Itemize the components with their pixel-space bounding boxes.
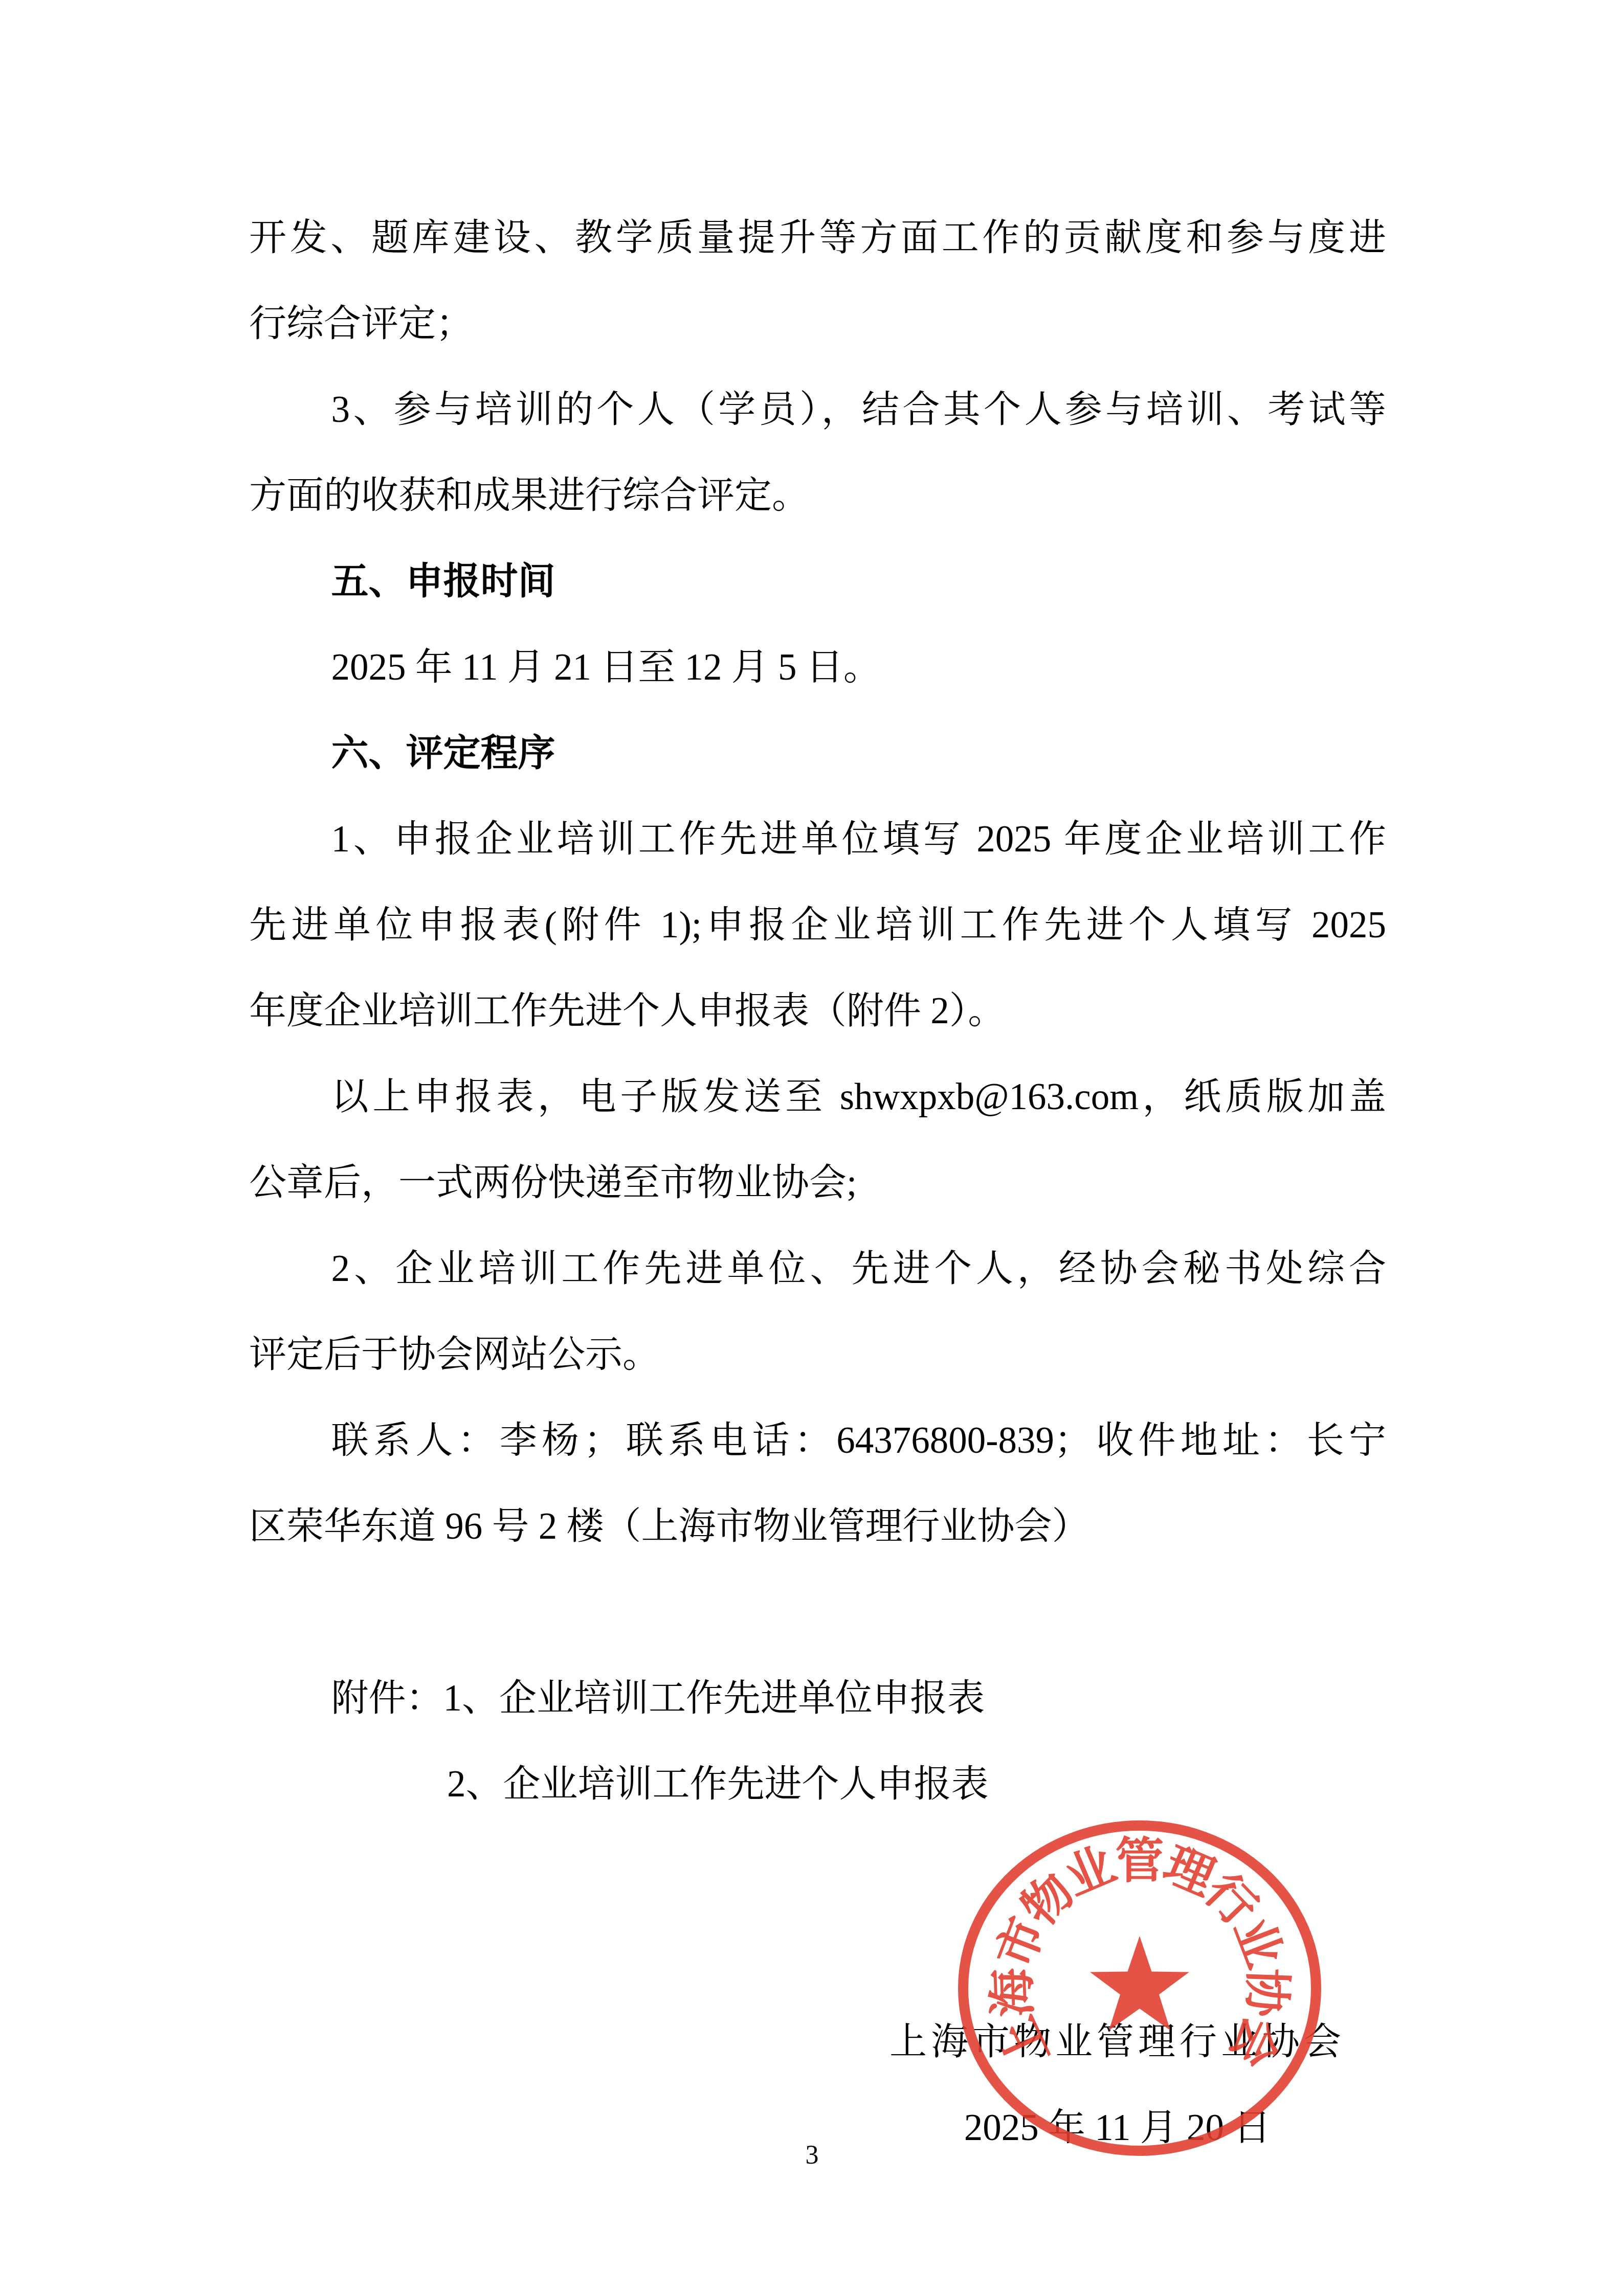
- blank-line: [249, 1569, 1386, 1655]
- seal-star-icon: [1090, 1936, 1189, 2031]
- doc-line-8: 1、申报企业培训工作先进单位填写 2025 年度企业培训工作: [249, 796, 1386, 882]
- doc-line-6: 2025 年 11 月 21 日至 12 月 5 日。: [249, 624, 1386, 710]
- doc-line-2: 行综合评定；: [249, 281, 1386, 367]
- contact-line: 联系人：李杨；联系电话：64376800-839；收件地址：长宁: [249, 1398, 1386, 1483]
- doc-line-4: 方面的收获和成果进行综合评定。: [249, 453, 1386, 538]
- svg-text:上: 上: [990, 2008, 1059, 2075]
- document-page: 开发、题库建设、教学质量提升等方面工作的贡献度和参与度进 行综合评定； 3、参与…: [0, 0, 1624, 2296]
- section-heading-5: 五、申报时间: [249, 538, 1386, 624]
- doc-line-10: 年度企业培训工作先进个人申报表（附件 2）。: [249, 968, 1386, 1054]
- doc-line-14: 评定后于协会网站公示。: [249, 1312, 1386, 1398]
- doc-line-12: 公章后，一式两份快递至市物业协会;: [249, 1140, 1386, 1226]
- page-number: 3: [0, 2140, 1624, 2171]
- doc-line-13: 2、企业培训工作先进单位、先进个人，经协会秘书处综合: [249, 1226, 1386, 1312]
- doc-line-1: 开发、题库建设、教学质量提升等方面工作的贡献度和参与度进: [249, 195, 1386, 281]
- doc-line-9: 先进单位申报表(附件 1);申报企业培训工作先进个人填写 2025: [249, 882, 1386, 968]
- official-seal: 上海市物业管理行业协会: [945, 1809, 1334, 2167]
- svg-text:海: 海: [985, 1967, 1041, 2018]
- attachment-line-1: 附件：1、企业培训工作先进单位申报表: [249, 1655, 1386, 1741]
- address-line: 区荣华东道 96 号 2 楼（上海市物业管理行业协会）: [249, 1483, 1386, 1569]
- doc-line-11: 以上申报表，电子版发送至 shwxpxb@163.com，纸质版加盖: [249, 1054, 1386, 1140]
- svg-text:会: 会: [1220, 2008, 1289, 2075]
- svg-text:管: 管: [1115, 1834, 1164, 1888]
- section-heading-6: 六、评定程序: [249, 710, 1386, 796]
- doc-line-3: 3、参与培训的个人（学员），结合其个人参与培训、考试等: [249, 367, 1386, 453]
